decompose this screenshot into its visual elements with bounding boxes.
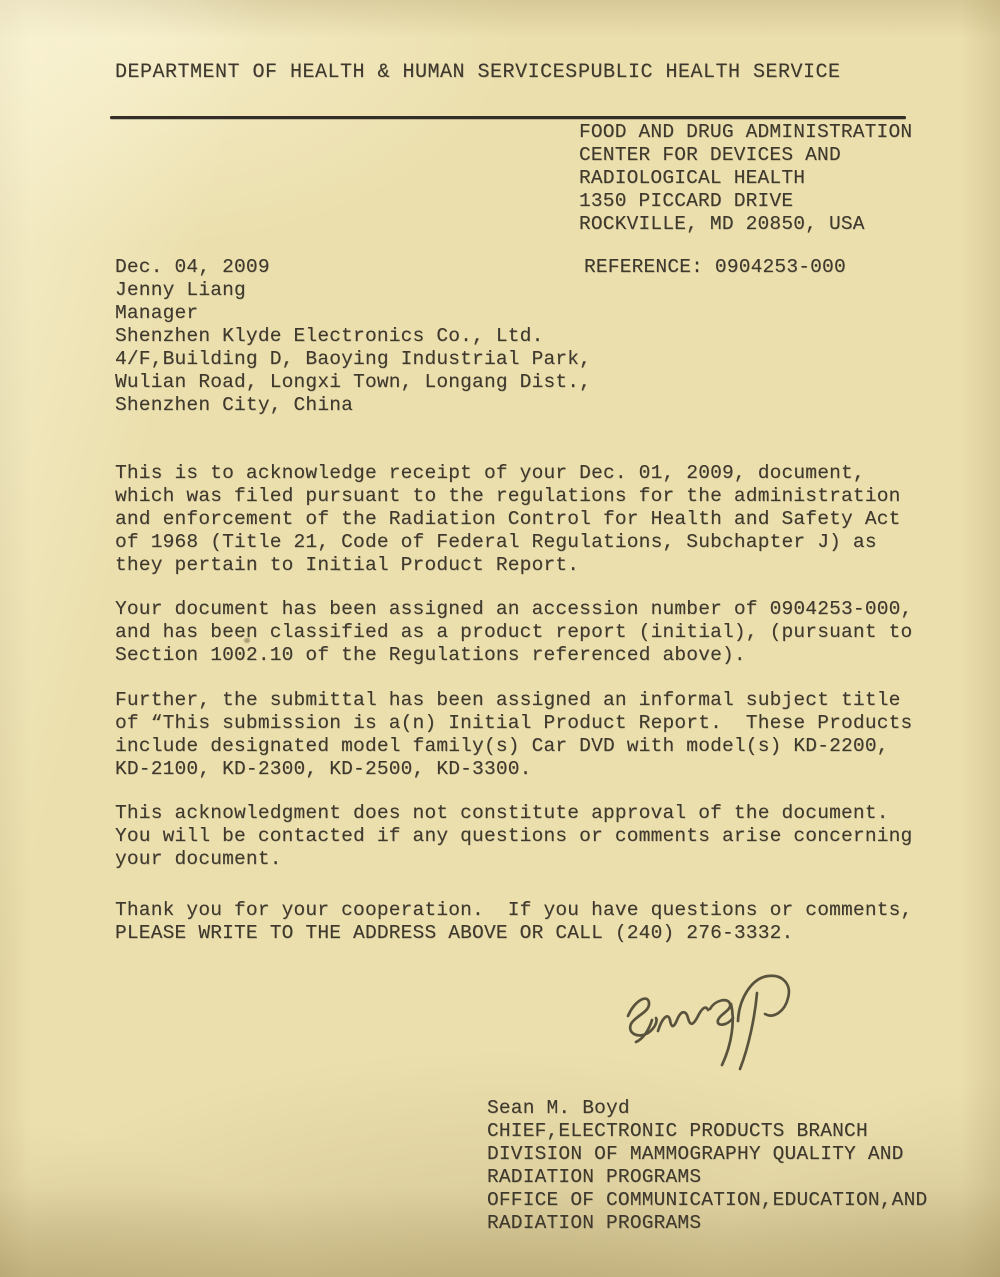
department-header: DEPARTMENT OF HEALTH & HUMAN SERVICES — [115, 61, 578, 84]
recipient-address-block: Jenny Liang Manager Shenzhen Klyde Elect… — [115, 279, 591, 417]
body-paragraph-1: This is to acknowledge receipt of your D… — [115, 462, 901, 577]
scanned-letter-page: DEPARTMENT OF HEALTH & HUMAN SERVICES PU… — [0, 0, 1000, 1277]
public-health-service-header: PUBLIC HEALTH SERVICE — [578, 61, 841, 84]
body-paragraph-3: Further, the submittal has been assigned… — [115, 689, 912, 781]
signer-details-block: Sean M. Boyd CHIEF,ELECTRONIC PRODUCTS B… — [487, 1097, 927, 1235]
header-divider-line — [110, 116, 906, 119]
handwritten-signature — [618, 968, 796, 1076]
paper-speck — [337, 568, 341, 571]
reference-number: REFERENCE: 0904253-000 — [584, 256, 846, 279]
agency-address-block: FOOD AND DRUG ADMINISTRATION CENTER FOR … — [579, 121, 912, 236]
body-paragraph-2: Your document has been assigned an acces… — [115, 598, 912, 667]
paper-speck — [244, 638, 250, 643]
letter-date: Dec. 04, 2009 — [115, 256, 270, 279]
body-paragraph-4: This acknowledgment does not constitute … — [115, 802, 912, 871]
body-paragraph-5: Thank you for your cooperation. If you h… — [115, 899, 912, 945]
